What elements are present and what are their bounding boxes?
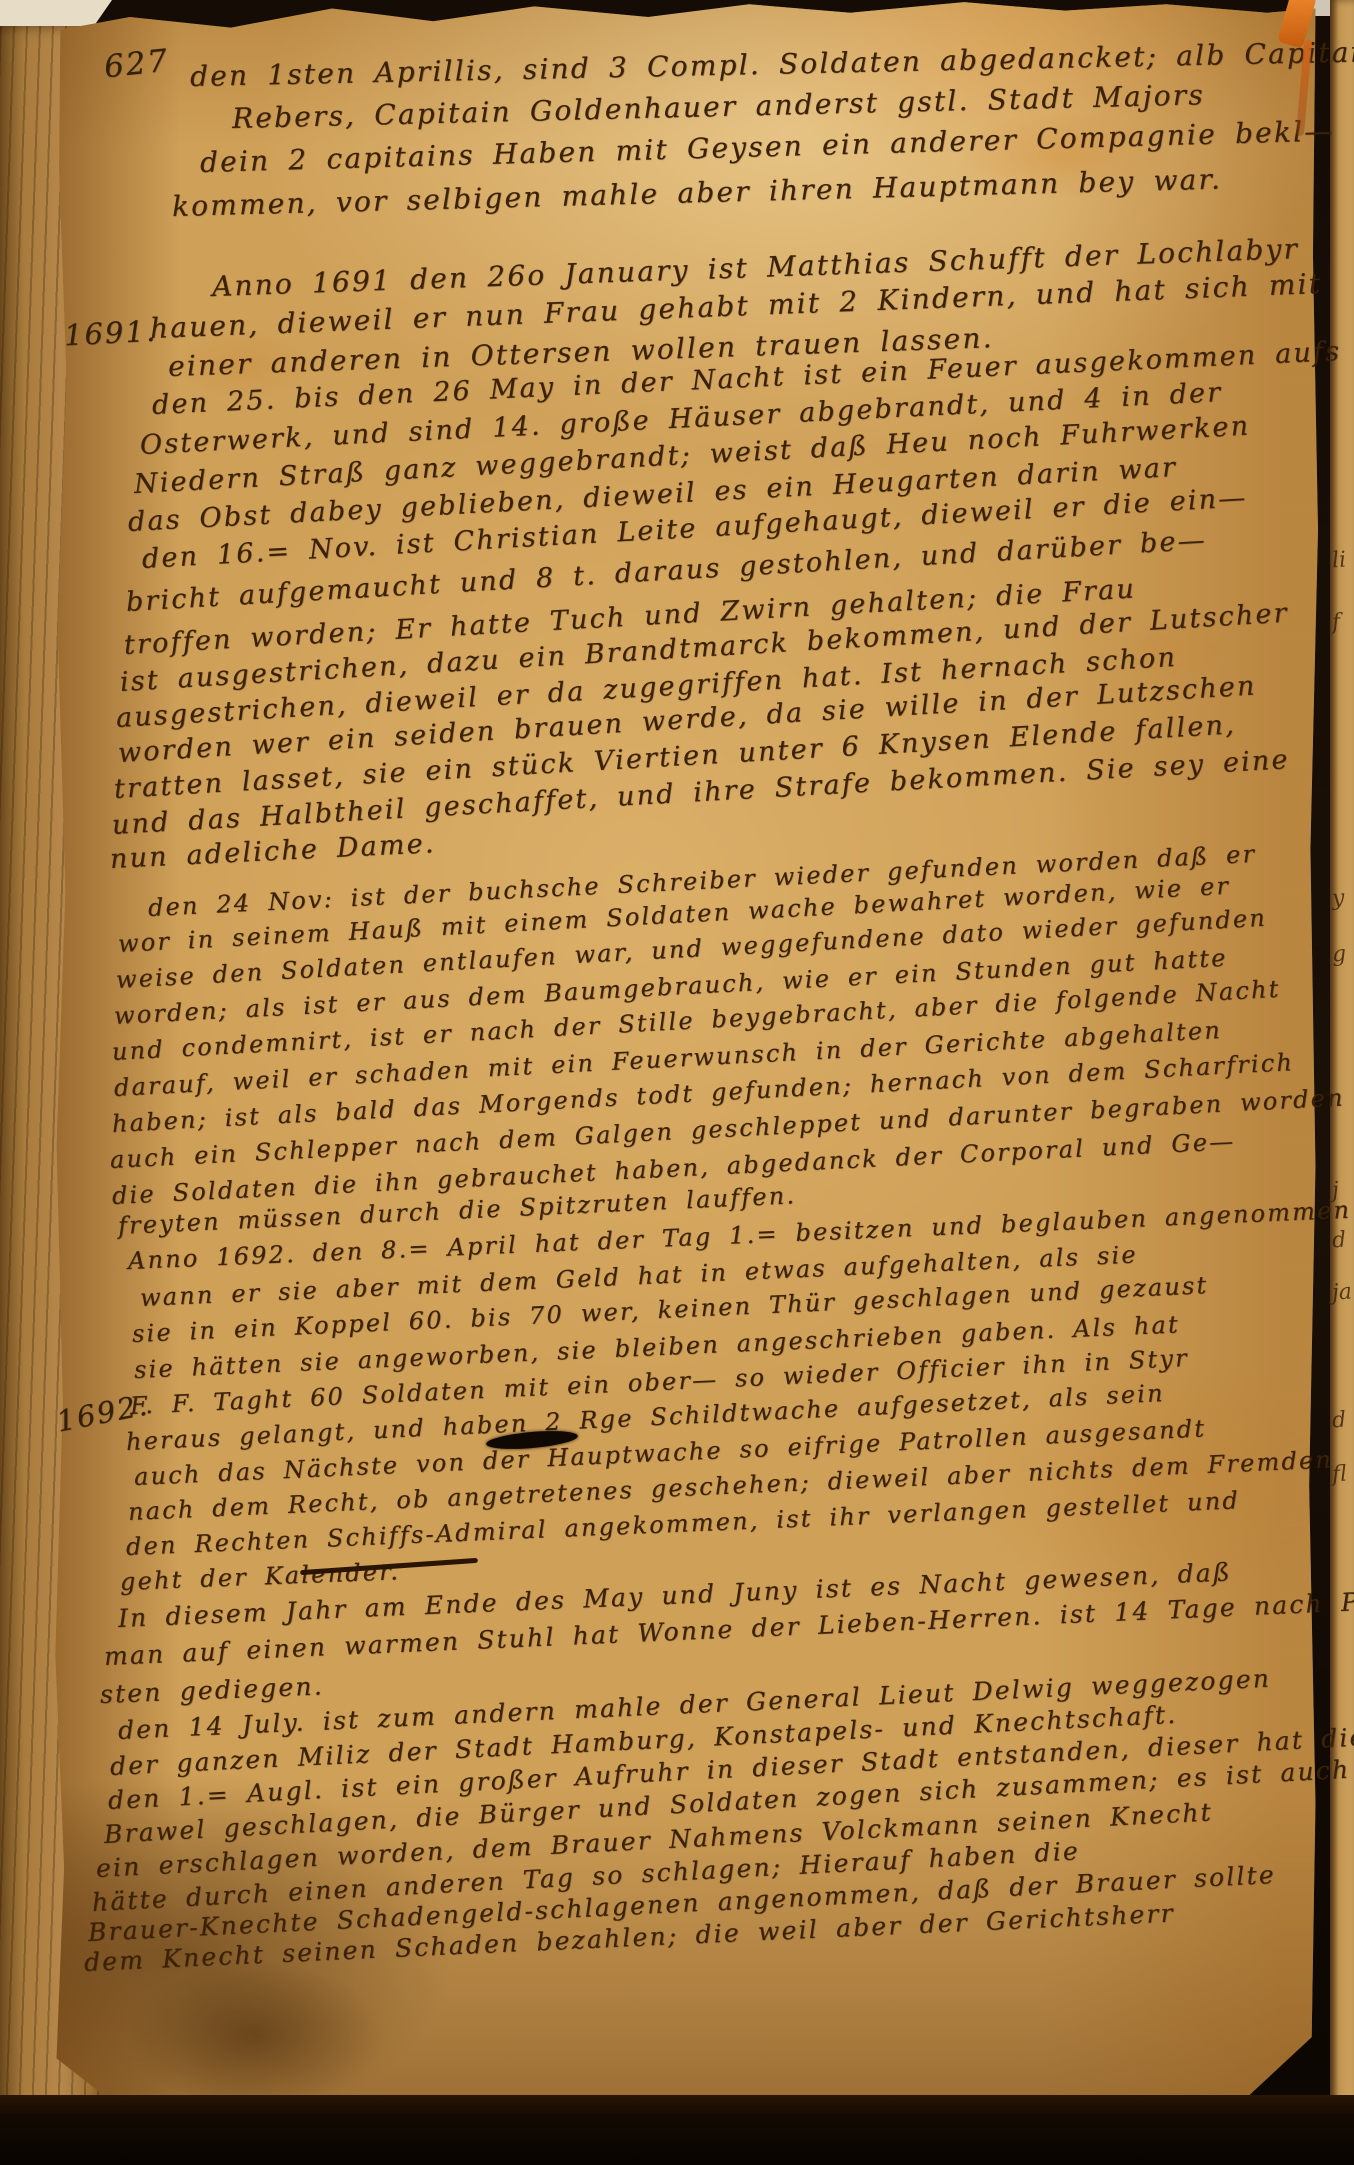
edge-text-fragment: d <box>1331 1408 1347 1434</box>
edge-text-fragment: li <box>1331 548 1347 574</box>
page-number: 627 <box>102 43 171 86</box>
edge-text-fragment: y <box>1331 886 1345 912</box>
edge-text-fragment: ja <box>1331 1279 1353 1305</box>
margin-year-1691: 1691. <box>63 314 158 353</box>
edge-text-fragment: f <box>1331 610 1341 636</box>
book-cover-bottom <box>0 2095 1354 2165</box>
facing-page-sliver <box>1330 0 1354 2120</box>
paper-stain <box>124 1960 384 2110</box>
edge-text-fragment: g <box>1331 942 1347 968</box>
edge-text-fragment: d <box>1331 1228 1347 1254</box>
manuscript-photo: li f y g j d ja d fl 627 1691. 1692. den… <box>0 0 1354 2165</box>
edge-text-fragment: fl <box>1331 1462 1347 1488</box>
